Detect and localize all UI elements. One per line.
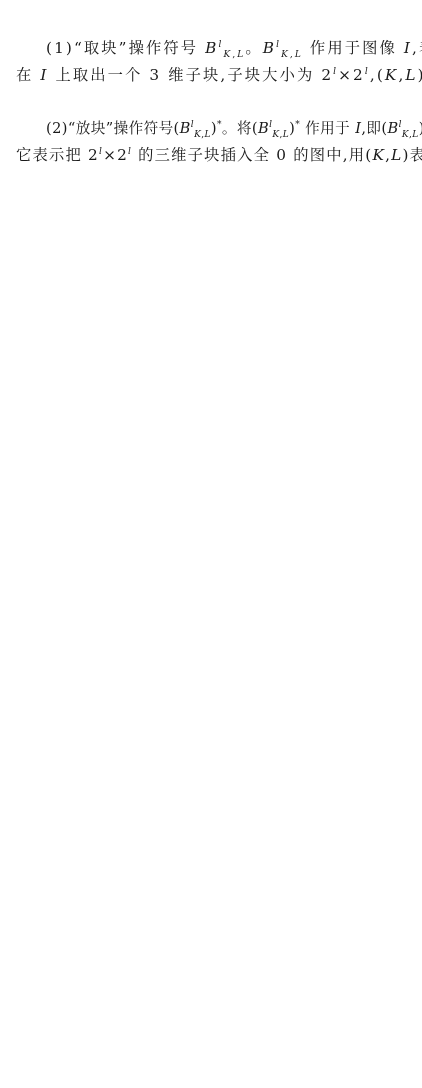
text-line: 在 I 上取出一个 3 维子块,子块大小为 2l×2l,(K,L)表示 — [16, 61, 408, 86]
document-page: (1)“取块”操作符号 BlK,L。BlK,L 作用于图像 I,表示 在 I 上… — [0, 0, 422, 1088]
text-line: 它表示把 2l×2l 的三维子块插入全 0 的图中,用(K,L)表示 — [16, 141, 408, 166]
